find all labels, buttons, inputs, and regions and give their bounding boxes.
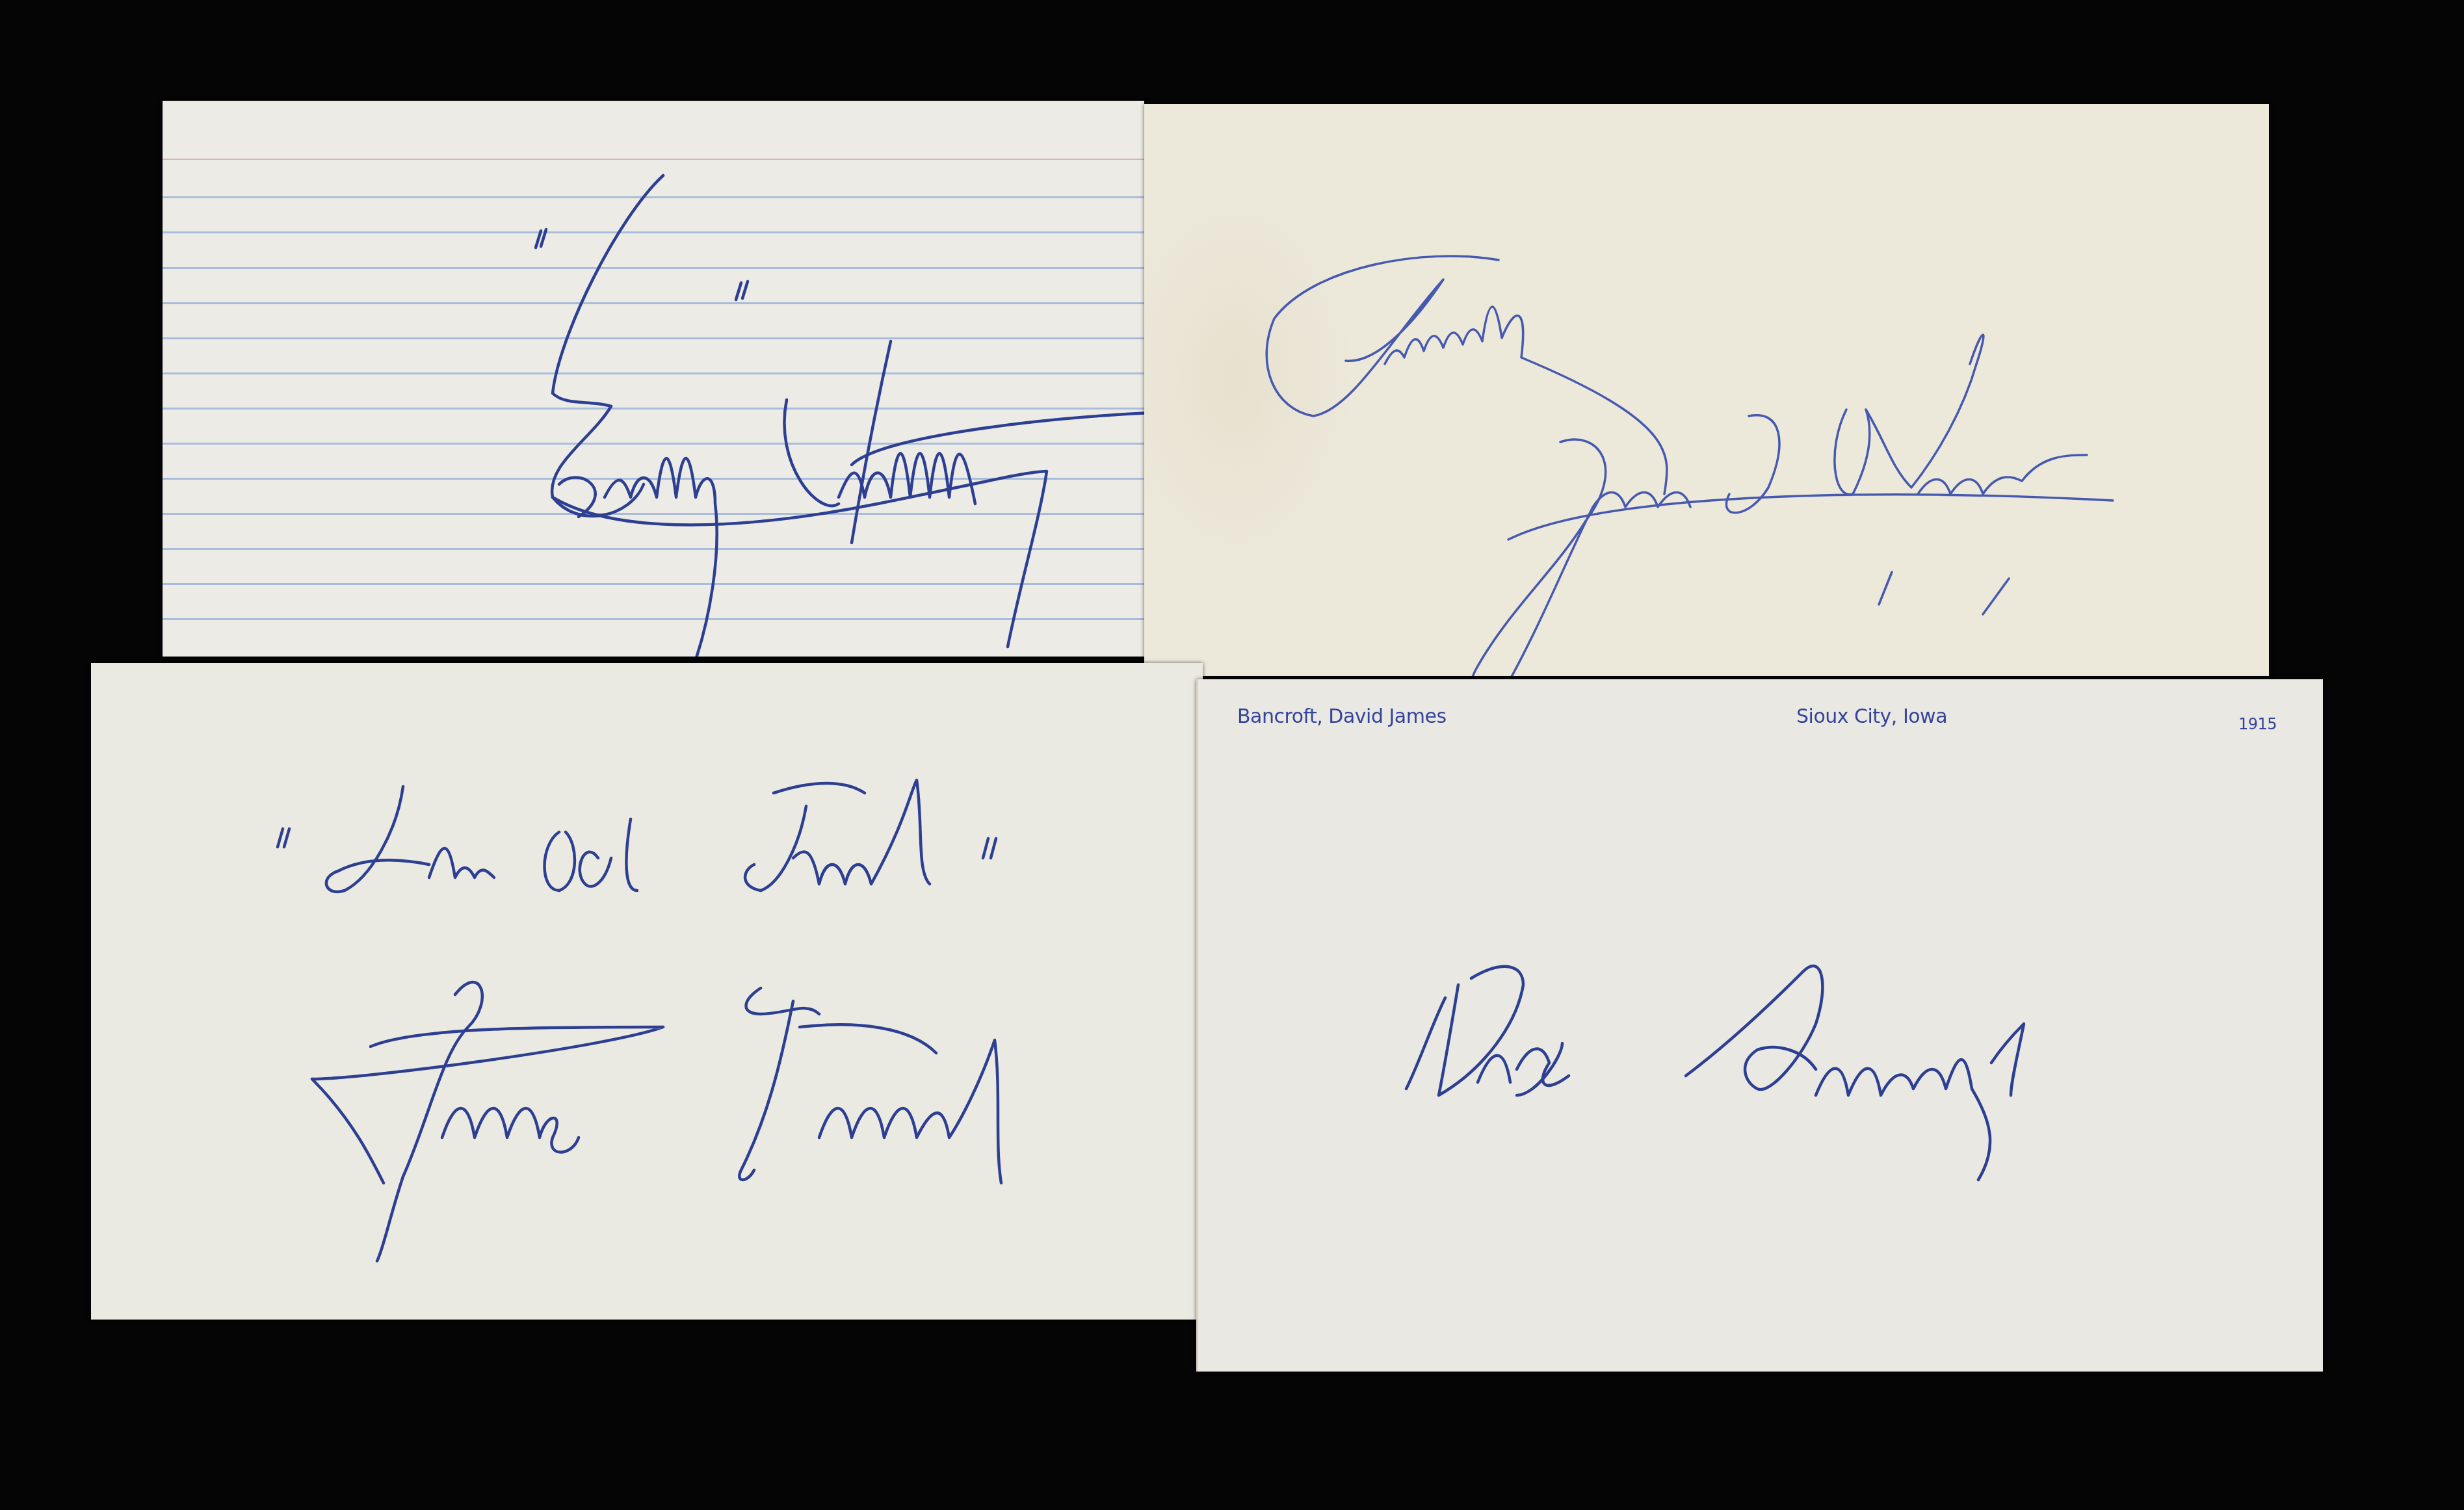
index-card-wheat: Sincerely Zack D Wheat [1144, 104, 2269, 676]
index-card-bancroft: Bancroft, David James Sioux City, Iowa 1… [1196, 679, 2323, 1372]
index-card-frisch: "The Old Flash" Frank Frisch [91, 663, 1203, 1320]
signature-strokes [1144, 104, 2269, 676]
signature-strokes [163, 101, 1144, 657]
signature-strokes [1198, 679, 2323, 1372]
signature-strokes [91, 663, 1203, 1320]
index-card-hartnett: "J" Gabby Hartnett [163, 101, 1144, 657]
